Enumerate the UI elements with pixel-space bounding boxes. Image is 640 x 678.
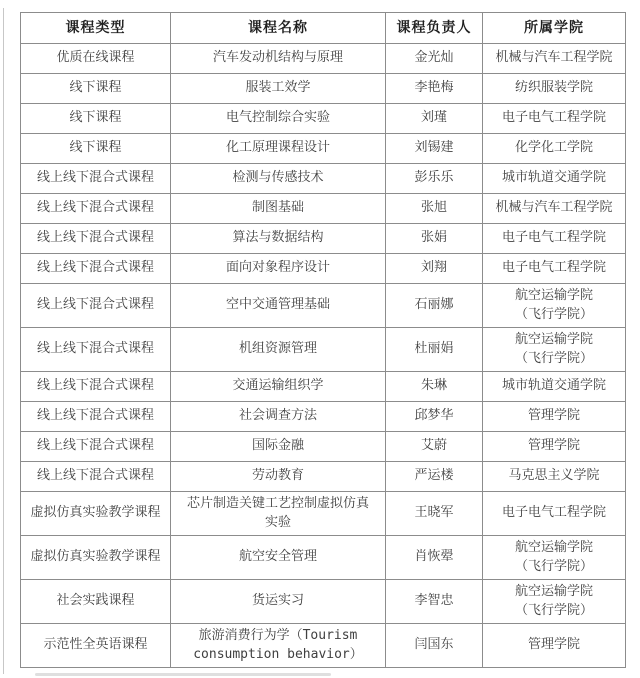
scan-shadow-artifact xyxy=(35,673,331,676)
cell-college: 管理学院 xyxy=(483,432,626,462)
table-row: 线上线下混合式课程 国际金融 艾蔚 管理学院 xyxy=(21,432,626,462)
cell-course-type: 线上线下混合式课程 xyxy=(21,462,171,492)
cell-college: 城市轨道交通学院 xyxy=(483,164,626,194)
cell-course-leader: 张旭 xyxy=(386,194,483,224)
table-row: 虚拟仿真实验教学课程 芯片制造关键工艺控制虚拟仿真 实验 王晓军 电子电气工程学… xyxy=(21,492,626,536)
cell-course-type: 虚拟仿真实验教学课程 xyxy=(21,536,171,580)
cell-course-type: 虚拟仿真实验教学课程 xyxy=(21,492,171,536)
table-header-row: 课程类型 课程名称 课程负责人 所属学院 xyxy=(21,13,626,44)
cell-course-leader: 刘锡建 xyxy=(386,134,483,164)
cell-course-type: 线下课程 xyxy=(21,74,171,104)
cell-course-type: 线上线下混合式课程 xyxy=(21,372,171,402)
cell-course-type: 线上线下混合式课程 xyxy=(21,224,171,254)
cell-course-name: 机组资源管理 xyxy=(171,328,386,372)
cell-course-type: 线上线下混合式课程 xyxy=(21,194,171,224)
cell-course-name: 电气控制综合实验 xyxy=(171,104,386,134)
cell-course-name: 制图基础 xyxy=(171,194,386,224)
cell-course-leader: 刘瑾 xyxy=(386,104,483,134)
table-row: 线上线下混合式课程 检测与传感技术 彭乐乐 城市轨道交通学院 xyxy=(21,164,626,194)
table-row: 线下课程 化工原理课程设计 刘锡建 化学化工学院 xyxy=(21,134,626,164)
cell-college: 电子电气工程学院 xyxy=(483,224,626,254)
table-row: 社会实践课程 货运实习 李智忠 航空运输学院 （飞行学院） xyxy=(21,580,626,624)
cell-course-name: 航空安全管理 xyxy=(171,536,386,580)
cell-course-type: 线上线下混合式课程 xyxy=(21,164,171,194)
cell-course-leader: 王晓军 xyxy=(386,492,483,536)
cell-course-name: 检测与传感技术 xyxy=(171,164,386,194)
cell-course-leader: 杜丽娟 xyxy=(386,328,483,372)
cell-college: 航空运输学院 （飞行学院） xyxy=(483,284,626,328)
cell-course-type: 线上线下混合式课程 xyxy=(21,254,171,284)
cell-course-name: 空中交通管理基础 xyxy=(171,284,386,328)
cell-course-leader: 刘翔 xyxy=(386,254,483,284)
column-header-college: 所属学院 xyxy=(483,13,626,44)
cell-college: 机械与汽车工程学院 xyxy=(483,44,626,74)
cell-college: 纺织服装学院 xyxy=(483,74,626,104)
cell-course-name: 旅游消费行为学（Tourism consumption behavior） xyxy=(171,624,386,668)
cell-course-name: 国际金融 xyxy=(171,432,386,462)
cell-course-type: 线上线下混合式课程 xyxy=(21,328,171,372)
column-header-course-type: 课程类型 xyxy=(21,13,171,44)
cell-college: 航空运输学院 （飞行学院） xyxy=(483,328,626,372)
cell-course-name: 社会调查方法 xyxy=(171,402,386,432)
cell-course-type: 示范性全英语课程 xyxy=(21,624,171,668)
table-row: 虚拟仿真实验教学课程 航空安全管理 肖恢翚 航空运输学院 （飞行学院） xyxy=(21,536,626,580)
table-row: 线上线下混合式课程 交通运输组织学 朱琳 城市轨道交通学院 xyxy=(21,372,626,402)
cell-course-leader: 闫国东 xyxy=(386,624,483,668)
cell-course-leader: 彭乐乐 xyxy=(386,164,483,194)
table-row: 线上线下混合式课程 社会调查方法 邱梦华 管理学院 xyxy=(21,402,626,432)
cell-course-name: 服装工效学 xyxy=(171,74,386,104)
cell-college: 电子电气工程学院 xyxy=(483,492,626,536)
cell-course-name: 算法与数据结构 xyxy=(171,224,386,254)
course-list-table: 课程类型 课程名称 课程负责人 所属学院 优质在线课程 汽车发动机结构与原理 金… xyxy=(20,12,626,668)
table-row: 优质在线课程 汽车发动机结构与原理 金光灿 机械与汽车工程学院 xyxy=(21,44,626,74)
cell-course-type: 线下课程 xyxy=(21,104,171,134)
table-row: 线上线下混合式课程 劳动教育 严运楼 马克思主义学院 xyxy=(21,462,626,492)
cell-course-name: 劳动教育 xyxy=(171,462,386,492)
cell-course-leader: 艾蔚 xyxy=(386,432,483,462)
page-left-edge-line xyxy=(3,8,4,674)
table-row: 线上线下混合式课程 面向对象程序设计 刘翔 电子电气工程学院 xyxy=(21,254,626,284)
cell-college: 航空运输学院 （飞行学院） xyxy=(483,580,626,624)
cell-college: 马克思主义学院 xyxy=(483,462,626,492)
cell-course-leader: 严运楼 xyxy=(386,462,483,492)
cell-course-leader: 朱琳 xyxy=(386,372,483,402)
column-header-course-leader: 课程负责人 xyxy=(386,13,483,44)
cell-course-type: 社会实践课程 xyxy=(21,580,171,624)
cell-course-leader: 邱梦华 xyxy=(386,402,483,432)
cell-course-name: 面向对象程序设计 xyxy=(171,254,386,284)
table-row: 线上线下混合式课程 制图基础 张旭 机械与汽车工程学院 xyxy=(21,194,626,224)
cell-course-type: 线上线下混合式课程 xyxy=(21,402,171,432)
cell-course-leader: 石丽娜 xyxy=(386,284,483,328)
cell-college: 电子电气工程学院 xyxy=(483,254,626,284)
cell-course-type: 线上线下混合式课程 xyxy=(21,284,171,328)
cell-college: 电子电气工程学院 xyxy=(483,104,626,134)
cell-college: 化学化工学院 xyxy=(483,134,626,164)
table-row: 线下课程 服装工效学 李艳梅 纺织服装学院 xyxy=(21,74,626,104)
column-header-course-name: 课程名称 xyxy=(171,13,386,44)
cell-course-name: 交通运输组织学 xyxy=(171,372,386,402)
cell-college: 管理学院 xyxy=(483,624,626,668)
cell-course-type: 优质在线课程 xyxy=(21,44,171,74)
cell-course-name: 汽车发动机结构与原理 xyxy=(171,44,386,74)
cell-course-name: 货运实习 xyxy=(171,580,386,624)
cell-college: 机械与汽车工程学院 xyxy=(483,194,626,224)
cell-course-type: 线下课程 xyxy=(21,134,171,164)
cell-course-leader: 肖恢翚 xyxy=(386,536,483,580)
cell-college: 城市轨道交通学院 xyxy=(483,372,626,402)
table-row: 线上线下混合式课程 空中交通管理基础 石丽娜 航空运输学院 （飞行学院） xyxy=(21,284,626,328)
cell-course-type: 线上线下混合式课程 xyxy=(21,432,171,462)
cell-course-leader: 金光灿 xyxy=(386,44,483,74)
cell-course-name: 芯片制造关键工艺控制虚拟仿真 实验 xyxy=(171,492,386,536)
cell-course-leader: 张娟 xyxy=(386,224,483,254)
cell-college: 管理学院 xyxy=(483,402,626,432)
cell-college: 航空运输学院 （飞行学院） xyxy=(483,536,626,580)
table-row: 示范性全英语课程 旅游消费行为学（Tourism consumption beh… xyxy=(21,624,626,668)
cell-course-leader: 李艳梅 xyxy=(386,74,483,104)
table-row: 线上线下混合式课程 机组资源管理 杜丽娟 航空运输学院 （飞行学院） xyxy=(21,328,626,372)
cell-course-leader: 李智忠 xyxy=(386,580,483,624)
table-row: 线上线下混合式课程 算法与数据结构 张娟 电子电气工程学院 xyxy=(21,224,626,254)
cell-course-name: 化工原理课程设计 xyxy=(171,134,386,164)
table-row: 线下课程 电气控制综合实验 刘瑾 电子电气工程学院 xyxy=(21,104,626,134)
